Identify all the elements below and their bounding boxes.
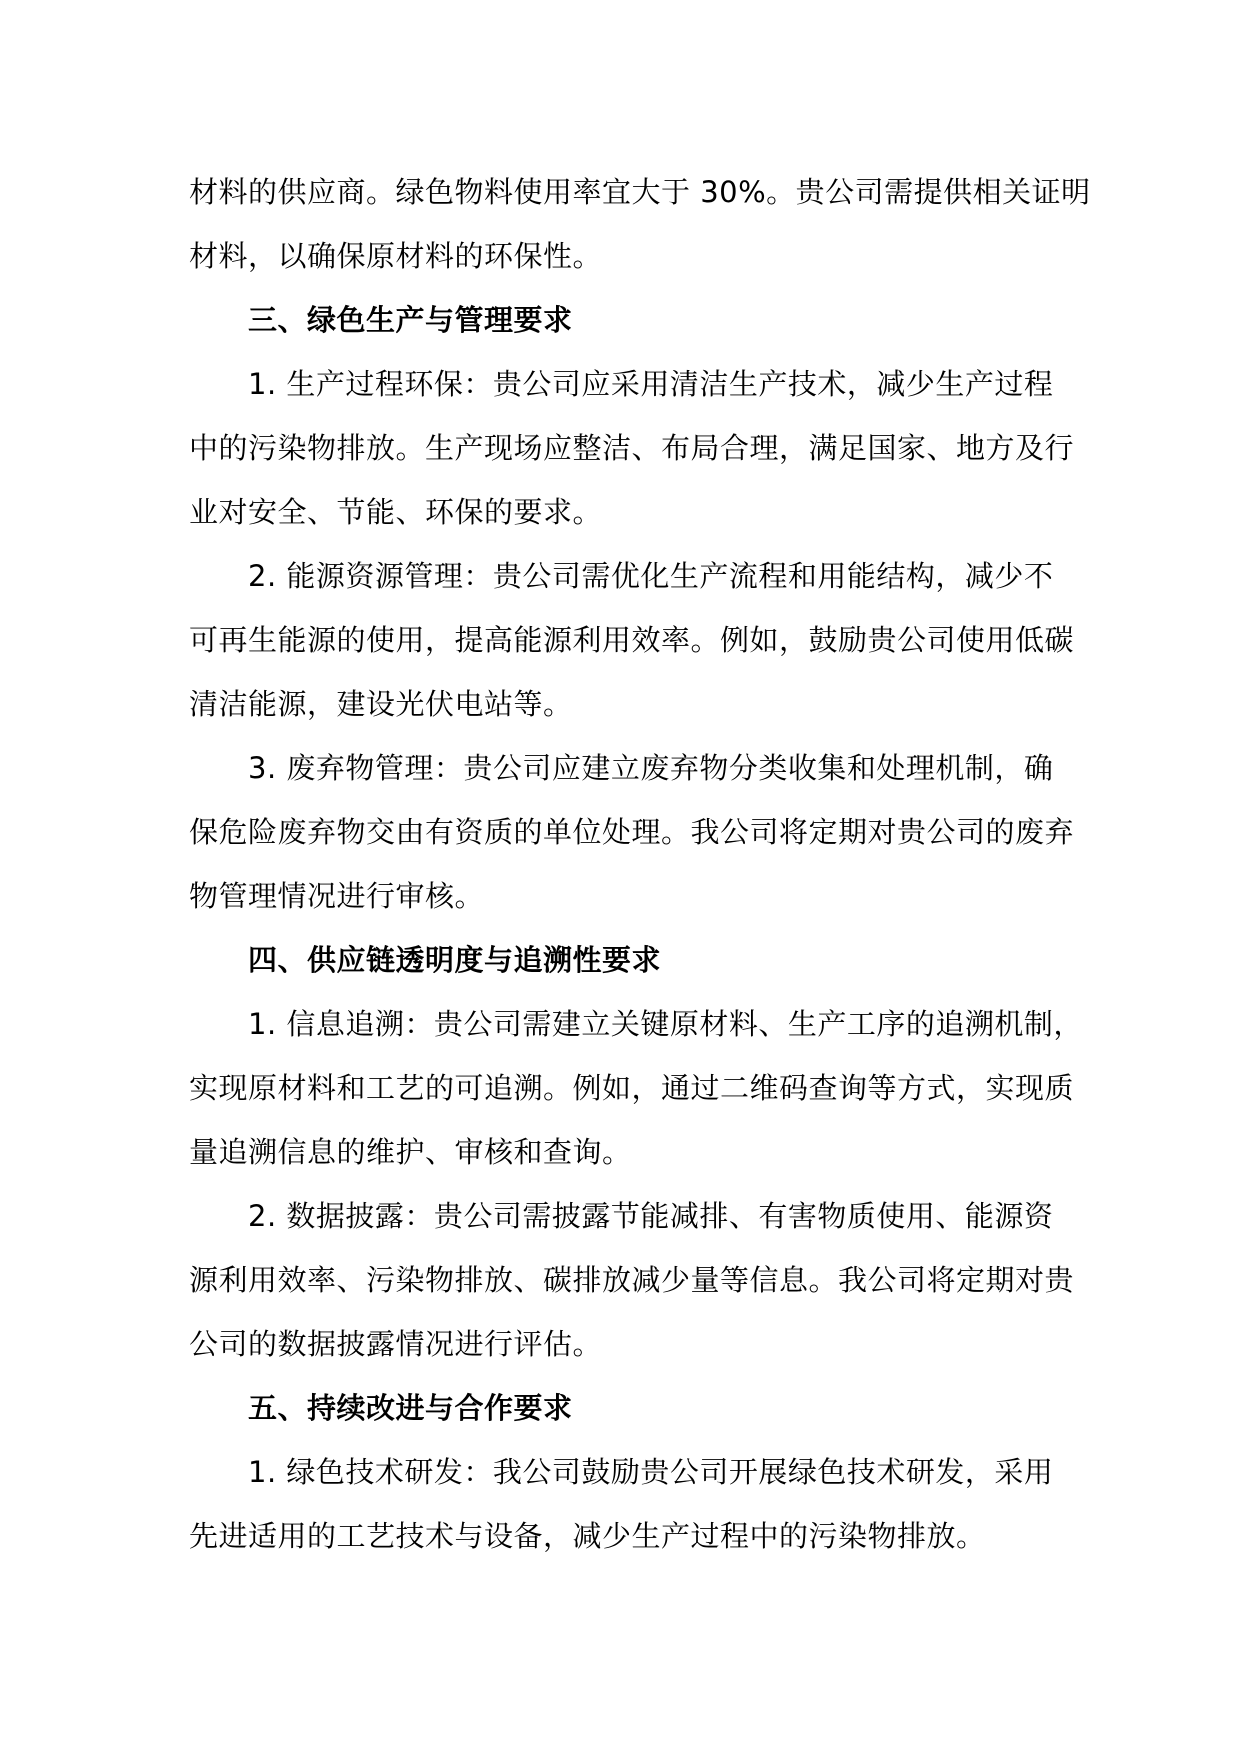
section-heading-5: 五、持续改进与合作要求: [189, 1376, 1059, 1440]
section-heading-4: 四、供应链透明度与追溯性要求: [189, 928, 1059, 992]
text-line: 3. 废弃物管理：贵公司应建立废弃物分类收集和处理机制，确: [189, 736, 1059, 800]
text-line: 可再生能源的使用，提高能源利用效率。例如，鼓励贵公司使用低碳: [189, 608, 1059, 672]
text-line: 材料，以确保原材料的环保性。: [189, 224, 1059, 288]
paragraph-green-rd: 1. 绿色技术研发：我公司鼓励贵公司开展绿色技术研发，采用 先进适用的工艺技术与…: [189, 1440, 1059, 1568]
text-line: 保危险废弃物交由有资质的单位处理。我公司将定期对贵公司的废弃: [189, 800, 1059, 864]
paragraph-disclosure: 2. 数据披露：贵公司需披露节能减排、有害物质使用、能源资 源利用效率、污染物排…: [189, 1184, 1059, 1376]
text-line: 公司的数据披露情况进行评估。: [189, 1312, 1059, 1376]
text-line: 实现原材料和工艺的可追溯。例如，通过二维码查询等方式，实现质: [189, 1056, 1059, 1120]
text-line: 物管理情况进行审核。: [189, 864, 1059, 928]
text-line: 1. 绿色技术研发：我公司鼓励贵公司开展绿色技术研发，采用: [189, 1440, 1059, 1504]
paragraph-energy: 2. 能源资源管理：贵公司需优化生产流程和用能结构，减少不 可再生能源的使用，提…: [189, 544, 1059, 736]
text-line: 业对安全、节能、环保的要求。: [189, 480, 1059, 544]
section-heading-3: 三、绿色生产与管理要求: [189, 288, 1059, 352]
text-line: 清洁能源，建设光伏电站等。: [189, 672, 1059, 736]
text-line: 2. 能源资源管理：贵公司需优化生产流程和用能结构，减少不: [189, 544, 1059, 608]
document-page: 材料的供应商。绿色物料使用率宜大于 30%。贵公司需提供相关证明 材料，以确保原…: [189, 160, 1059, 1568]
paragraph-waste: 3. 废弃物管理：贵公司应建立废弃物分类收集和处理机制，确 保危险废弃物交由有资…: [189, 736, 1059, 928]
text-line: 先进适用的工艺技术与设备，减少生产过程中的污染物排放。: [189, 1504, 1059, 1568]
text-line: 1. 生产过程环保：贵公司应采用清洁生产技术，减少生产过程: [189, 352, 1059, 416]
text-line: 中的污染物排放。生产现场应整洁、布局合理，满足国家、地方及行: [189, 416, 1059, 480]
paragraph-production: 1. 生产过程环保：贵公司应采用清洁生产技术，减少生产过程 中的污染物排放。生产…: [189, 352, 1059, 544]
text-line: 材料的供应商。绿色物料使用率宜大于 30%。贵公司需提供相关证明: [189, 160, 1059, 224]
text-line: 量追溯信息的维护、审核和查询。: [189, 1120, 1059, 1184]
text-line: 2. 数据披露：贵公司需披露节能减排、有害物质使用、能源资: [189, 1184, 1059, 1248]
text-line: 源利用效率、污染物排放、碳排放减少量等信息。我公司将定期对贵: [189, 1248, 1059, 1312]
paragraph-traceability: 1. 信息追溯：贵公司需建立关键原材料、生产工序的追溯机制， 实现原材料和工艺的…: [189, 992, 1059, 1184]
paragraph-materials: 材料的供应商。绿色物料使用率宜大于 30%。贵公司需提供相关证明 材料，以确保原…: [189, 160, 1059, 288]
text-line: 1. 信息追溯：贵公司需建立关键原材料、生产工序的追溯机制，: [189, 992, 1059, 1056]
